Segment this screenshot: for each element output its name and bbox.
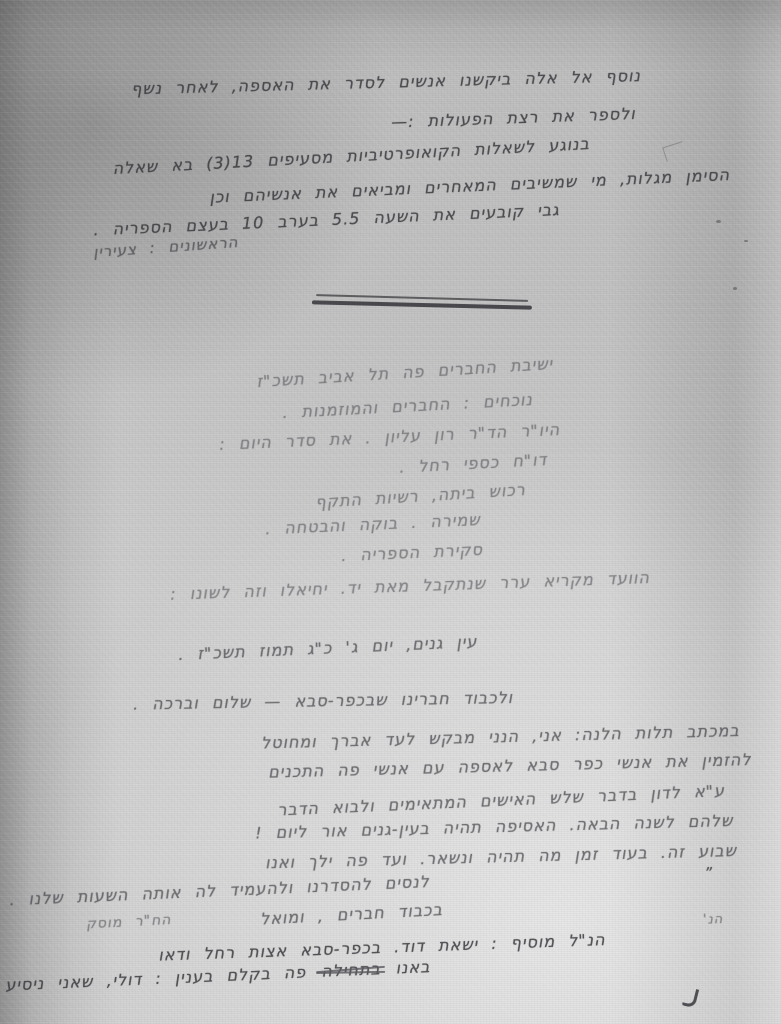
dateline: עין גנים, יום ג' כ"ג תמוז תשכ"ז . xyxy=(177,632,477,664)
strikethrough-word: בתחילה xyxy=(319,959,383,981)
scan-speck xyxy=(744,240,748,242)
meeting-heading-line: ישיבת החברים פה תל אביב תשכ"ז xyxy=(256,354,554,391)
closing-left-note: הח"ר מוסק xyxy=(85,912,171,932)
handwritten-line: הוועד מקריא ערר שנתקבל מאת יד. יחיאלו וז… xyxy=(170,568,650,604)
divider-rule xyxy=(312,292,532,310)
scan-speck xyxy=(733,287,737,290)
margin-quote-mark: ” xyxy=(704,864,713,882)
closing-right-mark: הנ' xyxy=(702,912,723,928)
handwritten-line: נוכחים : החברים והמוזמנות . xyxy=(282,390,533,422)
scan-corner-artifact xyxy=(662,141,687,162)
signature: בכבוד חברים , ומואל xyxy=(260,900,443,929)
postscript-line: באנו בתחילה פה בקלם בענין : דולי, שאני נ… xyxy=(5,957,431,995)
handwritten-line: גבי קובעים את השעה 5.5 בערב 10 בעצם הספר… xyxy=(93,200,560,239)
handwritten-line: בנוגע לשאלות הקואופרטיביות מסעיפים 13(3)… xyxy=(112,134,590,178)
divider-thick-line xyxy=(312,300,532,309)
handwritten-line: להזמין את אנשי כפר סבא לאספה עם אנשי פה … xyxy=(267,750,751,782)
ink-mark xyxy=(682,987,699,1009)
postscript-end: פה בקלם בענין : דולי, שאני ניסיע xyxy=(5,962,307,994)
handwritten-line: הסימן מגלות, מי שמשיבים המאחרים ומביאים … xyxy=(209,165,730,207)
agenda-item-line: דו"ח כספי רחל . xyxy=(398,450,547,477)
agenda-item-line: סקירת הספריה . xyxy=(341,540,484,565)
agenda-item-line: שמירה . בוקה והבטחה . xyxy=(265,510,481,538)
postscript-start: באנו xyxy=(395,957,431,977)
salutation-line: ולכבוד חברינו שבכפר-סבא — שלום וברכה . xyxy=(133,688,513,714)
scanned-document-page: נוסף אל אלה ביקשנו אנשים לסדר את האספה, … xyxy=(0,0,781,1024)
handwritten-line: ולספר את רצת הפעולות :— xyxy=(391,104,636,132)
handwritten-line: היו"ר הד"ר רון עליון . את סדר היום : xyxy=(219,420,561,454)
scan-speck xyxy=(716,220,721,223)
agenda-item-line: רכוש ביתה, רשיות התקף xyxy=(315,480,526,512)
handwritten-line: שבוע זה. בעוד זמן מה תהיה ונשאר. ועד פה … xyxy=(265,841,737,872)
handwritten-line: נוסף אל אלה ביקשנו אנשים לסדר את האספה, … xyxy=(131,66,641,98)
handwritten-line: במכתב תלות הלנה: אני, הנני מבקש לעד אברך… xyxy=(261,721,740,753)
